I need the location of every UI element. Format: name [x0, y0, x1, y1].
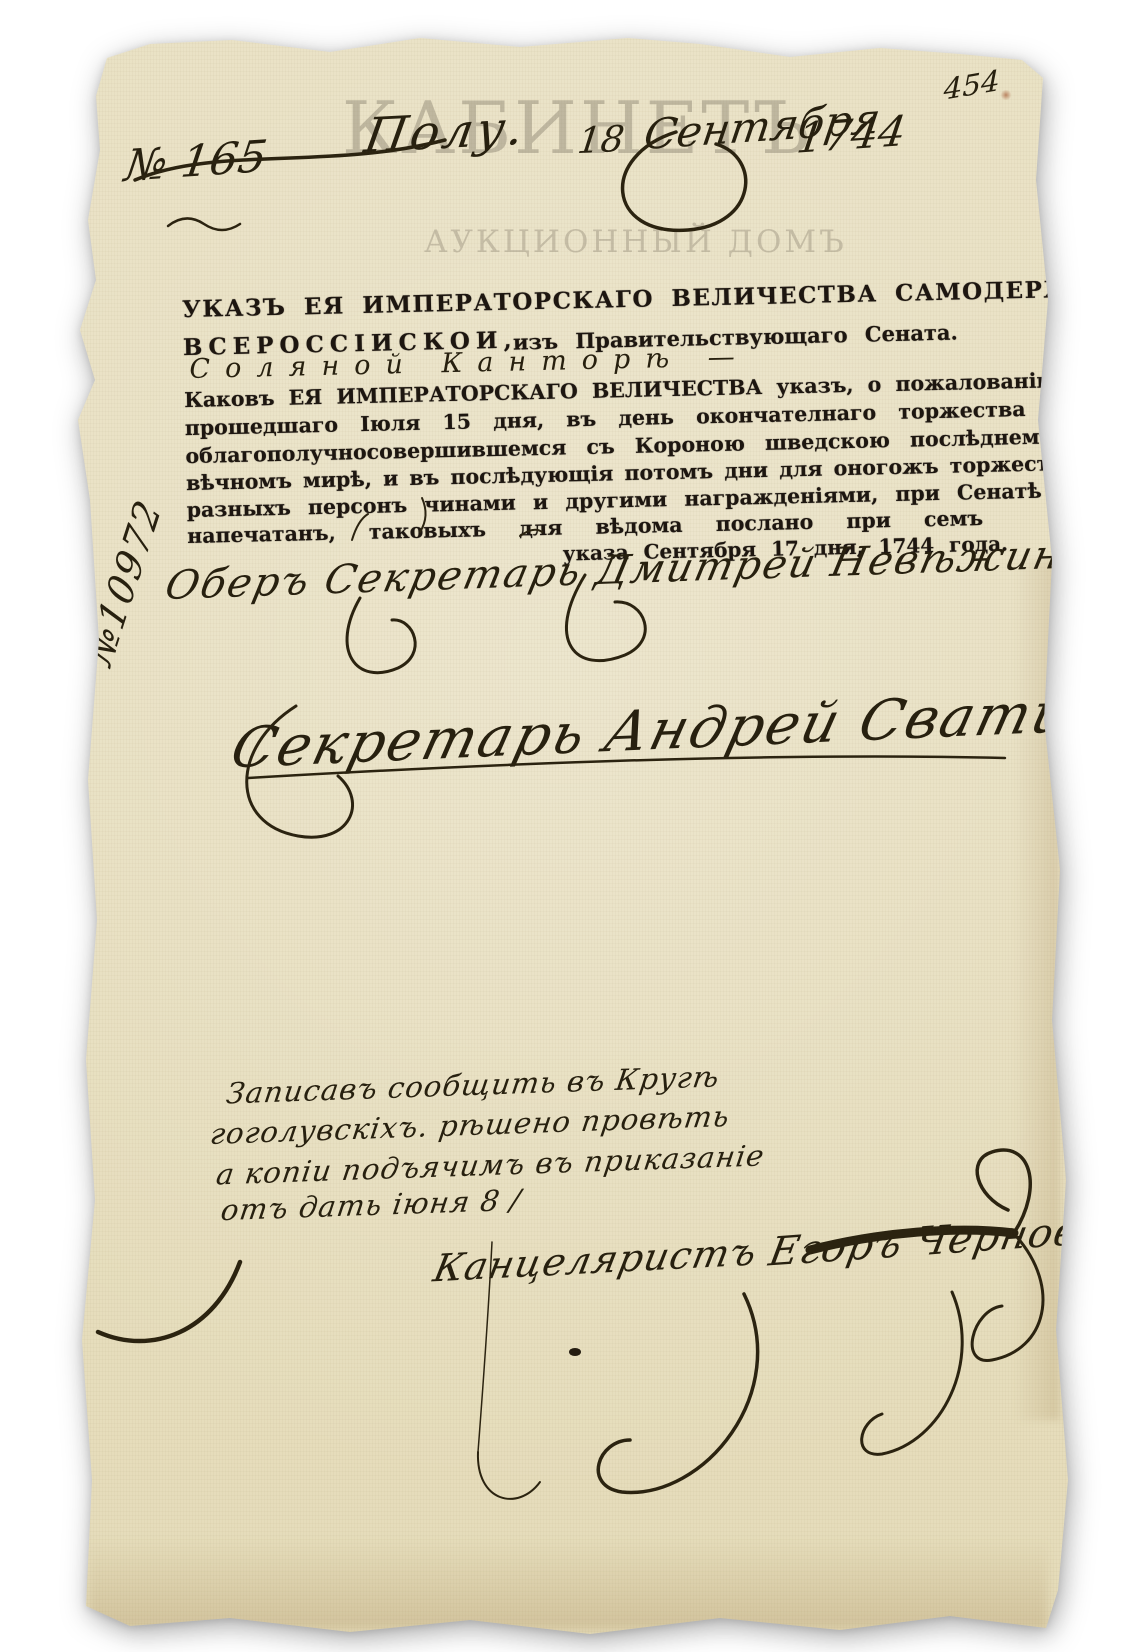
signature-secretary: Секретарь Андрей Сватиевъ — [225, 676, 1134, 782]
signature-clerk-title: Канцеляристъ — [430, 1230, 761, 1291]
flourish-descender-loop-a — [598, 1294, 757, 1492]
foxing-spot — [1000, 90, 1012, 100]
watermark-line2: АУКЦИОННЫЙ ДОМЪ — [424, 224, 847, 260]
registration-day: 18 — [575, 119, 626, 162]
flourish-descender-loop-b — [862, 1292, 963, 1454]
registration-number: № 165 — [122, 131, 271, 192]
margin-number: №10972 — [78, 492, 170, 672]
ink-blot — [569, 1348, 581, 1356]
flourish-sig1-loop — [347, 598, 415, 673]
signature-clerk-name: Егоръ Черновъ — [765, 1206, 1110, 1275]
flourish-reg-wave — [168, 218, 240, 230]
registration-received-word: Полу. — [361, 100, 531, 164]
flourish-k-sweep — [98, 1262, 240, 1341]
printed-decree-block: УКАЗЪ ЕЯ ИМПЕРАТОРСКАГО ВЕЛИЧЕСТВА САМОД… — [182, 280, 900, 586]
decree-title-line1: УКАЗЪ ЕЯ ИМПЕРАТОРСКАГО ВЕЛИЧЕСТВА САМОД… — [182, 274, 1134, 323]
registration-year: 1744 — [794, 106, 909, 162]
flourish-hairline-curl — [478, 1452, 540, 1499]
paper-sheet: КАБИНЕТЪ АУКЦИОННЫЙ ДОМЪ № 165 Полу. 18 … — [0, 0, 1134, 1652]
bottom-age-stain — [88, 1538, 1048, 1630]
paper-shadow-wrap: КАБИНЕТЪ АУКЦИОННЫЙ ДОМЪ № 165 Полу. 18 … — [0, 0, 1134, 1652]
scanned-document-scene: КАБИНЕТЪ АУКЦИОННЫЙ ДОМЪ № 165 Полу. 18 … — [0, 0, 1134, 1652]
folio-number: 454 — [944, 63, 1000, 106]
